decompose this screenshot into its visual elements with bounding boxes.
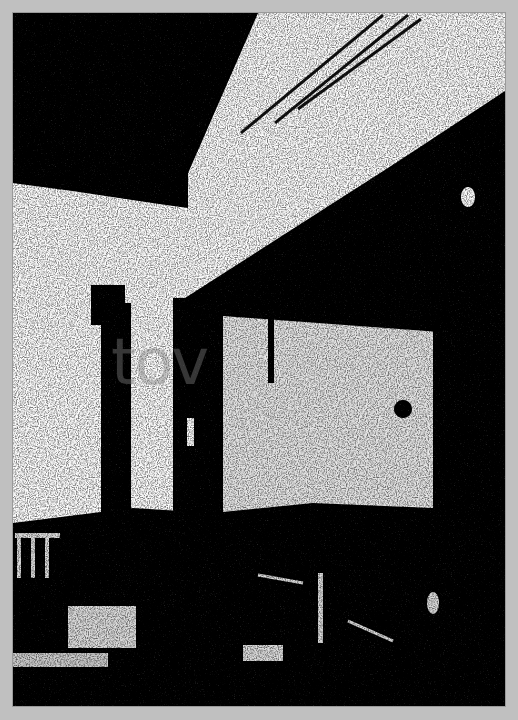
photograph: tov	[13, 13, 505, 706]
dither-light-specks	[13, 13, 505, 706]
photo-scene	[13, 13, 505, 706]
